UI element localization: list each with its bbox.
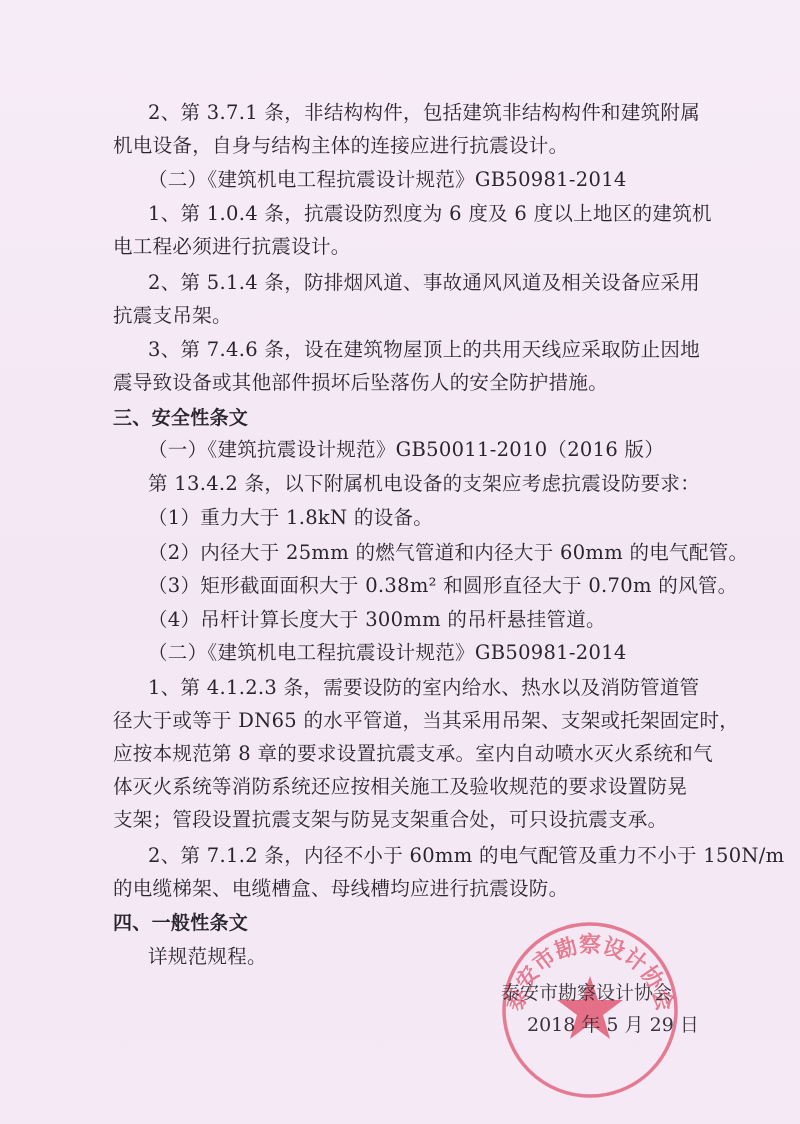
document-line: 2、第 7.1.2 条，内径不小于 60mm 的电气配管及重力不小于 150N/… <box>148 844 728 868</box>
document-line: （3）矩形截面面积大于 0.38m² 和圆形直径大于 0.70m 的风管。 <box>148 574 728 598</box>
official-seal-stamp: 泰安市勘察设计协会 <box>498 918 682 1102</box>
document-line: 抗震支吊架。 <box>113 304 693 328</box>
document-line: 1、第 4.1.2.3 条，需要设防的室内给水、热水以及消防管道管 <box>148 676 728 700</box>
document-line: 1、第 1.0.4 条，抗震设防烈度为 6 度及 6 度以上地区的建筑机 <box>148 202 728 226</box>
document-line: 震导致设备或其他部件损坏后坠落伤人的安全防护措施。 <box>113 371 693 395</box>
document-line: 应按本规范第 8 章的要求设置抗震支承。室内自动喷水灭火系统和气 <box>113 742 693 766</box>
document-line: 的电缆梯架、电缆槽盒、母线槽均应进行抗震设防。 <box>113 877 693 901</box>
document-line: 支架；管段设置抗震支架与防晃支架重合处，可只设抗震支承。 <box>113 808 693 832</box>
document-line: （二）《建筑机电工程抗震设计规范》GB50981-2014 <box>148 641 728 665</box>
document-line: （1）重力大于 1.8kN 的设备。 <box>148 506 728 530</box>
document-line: 电工程必须进行抗震设计。 <box>113 235 693 259</box>
document-line: （一）《建筑抗震设计规范》GB50011-2010（2016 版） <box>148 438 728 462</box>
section-heading: 三、安全性条文 <box>113 406 693 430</box>
document-line: （2）内径大于 25mm 的燃气管道和内径大于 60mm 的电气配管。 <box>148 541 728 565</box>
document-line: 2、第 5.1.4 条，防排烟风道、事故通风风道及相关设备应采用 <box>148 271 728 295</box>
document-page: 2、第 3.7.1 条，非结构构件，包括建筑非结构构件和建筑附属机电设备，自身与… <box>0 0 800 1124</box>
document-line: 3、第 7.4.6 条，设在建筑物屋顶上的共用天线应采取防止因地 <box>148 338 728 362</box>
document-line: 第 13.4.2 条，以下附属机电设备的支架应考虑抗震设防要求： <box>148 472 728 496</box>
document-line: （4）吊杆计算长度大于 300mm 的吊杆悬挂管道。 <box>148 608 728 632</box>
document-line: 径大于或等于 DN65 的水平管道，当其采用吊架、支架或托架固定时， <box>113 709 693 733</box>
document-line: （二）《建筑机电工程抗震设计规范》GB50981-2014 <box>148 168 728 192</box>
document-line: 体灭火系统等消防系统还应按相关施工及验收规范的要求设置防晃 <box>113 775 693 799</box>
signature-organization: 泰安市勘察设计协会 <box>501 981 672 1005</box>
document-line: 机电设备，自身与结构主体的连接应进行抗震设计。 <box>113 134 693 158</box>
signature-date: 2018 年 5 月 29 日 <box>527 1013 699 1037</box>
document-line: 2、第 3.7.1 条，非结构构件，包括建筑非结构构件和建筑附属 <box>148 101 728 125</box>
